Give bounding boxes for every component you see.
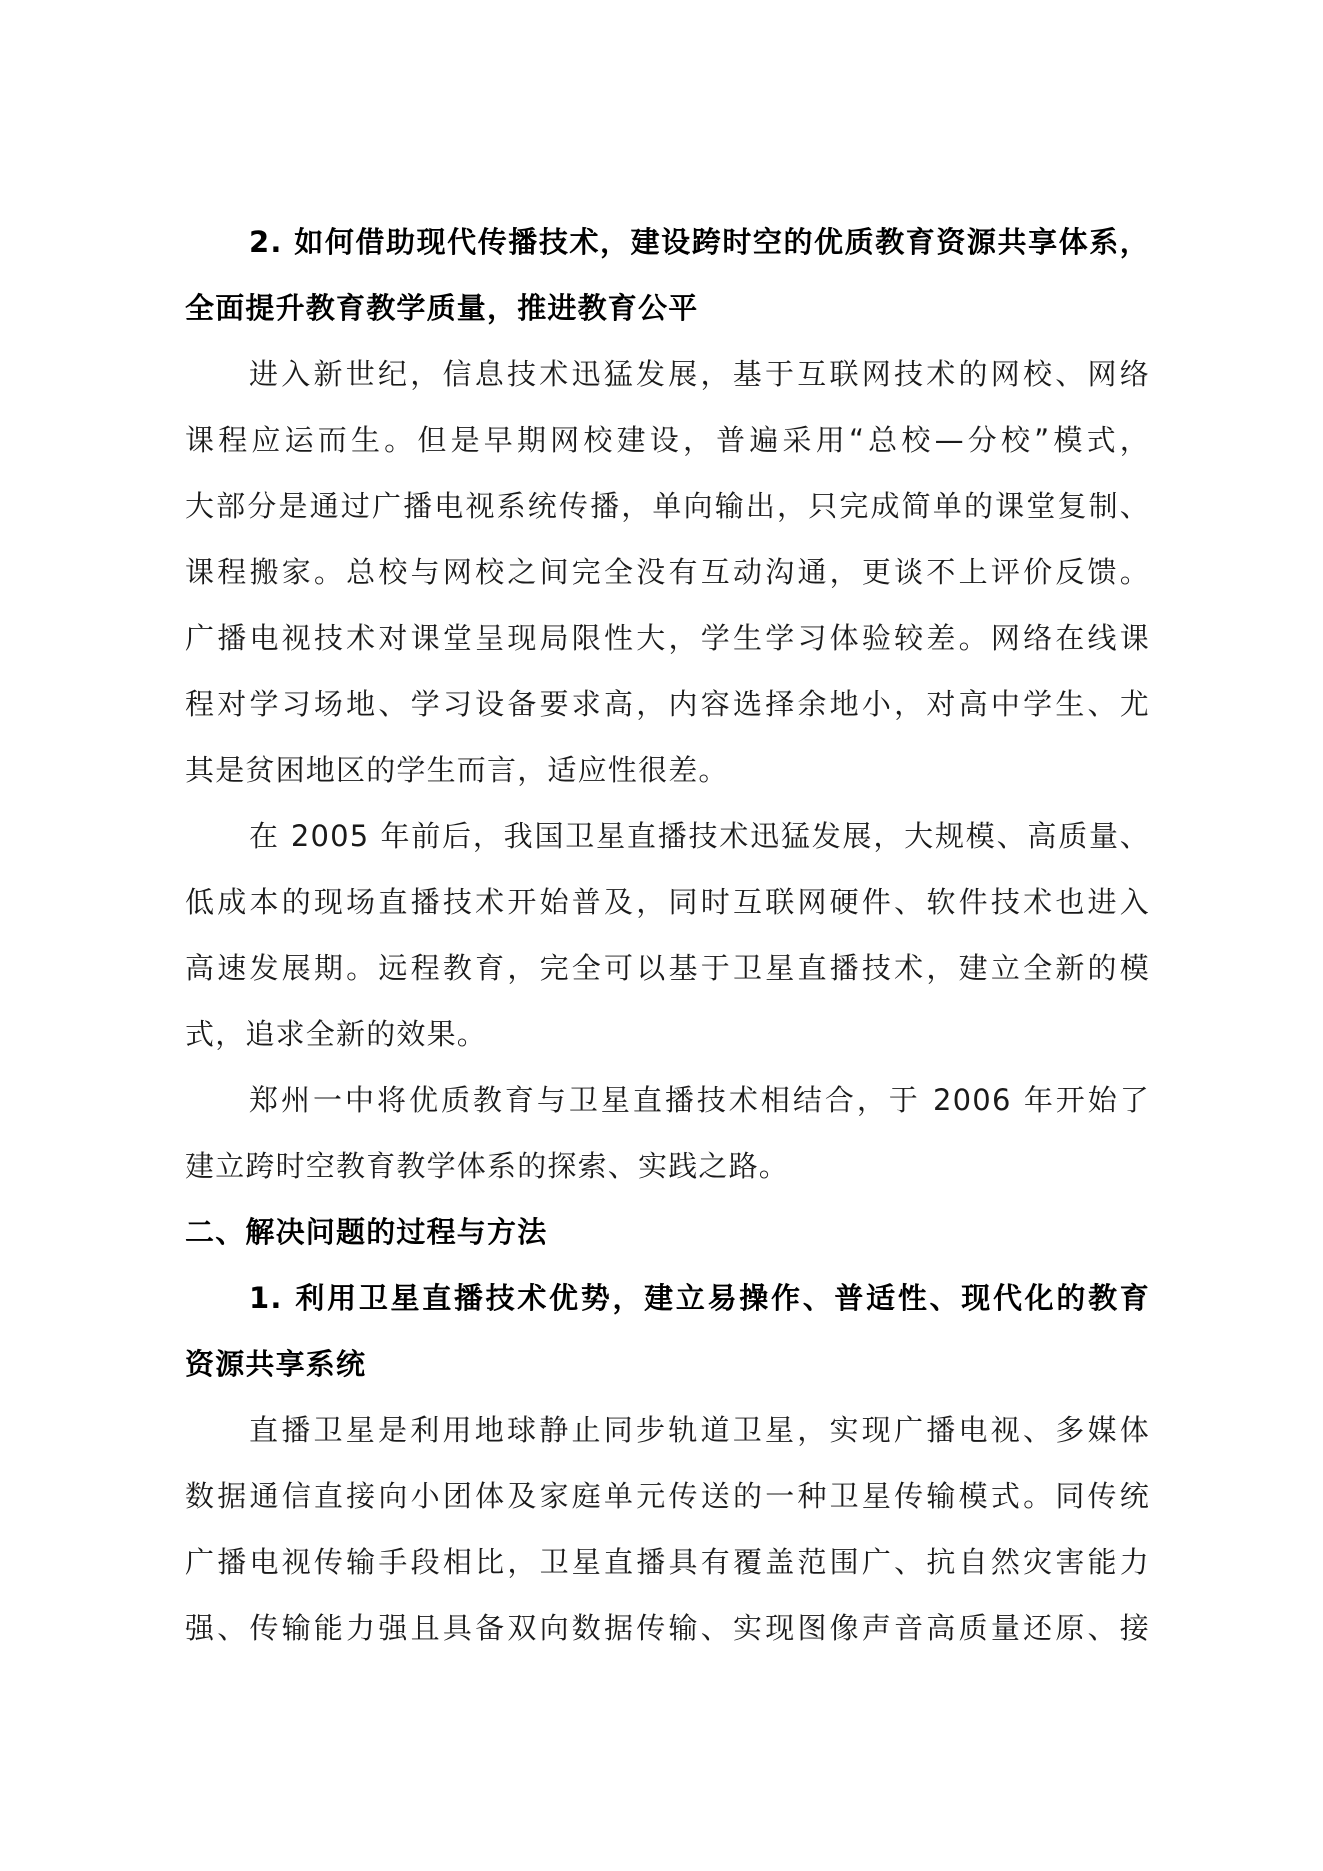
- paragraph-line: 强、传输能力强且具备双向数据传输、实现图像声音高质量还原、接: [185, 1608, 1150, 1648]
- paragraph-line: 低成本的现场直播技术开始普及，同时互联网硬件、软件技术也进入: [185, 882, 1150, 922]
- paragraph-line: 建立跨时空教育教学体系的探索、实践之路。: [185, 1146, 1150, 1186]
- paragraph-line: 直播卫星是利用地球静止同步轨道卫星，实现广播电视、多媒体: [249, 1410, 1150, 1450]
- paragraph-line: 数据通信直接向小团体及家庭单元传送的一种卫星传输模式。同传统: [185, 1476, 1150, 1516]
- document-page: 2. 如何借助现代传播技术，建设跨时空的优质教育资源共享体系， 全面提升教育教学…: [0, 0, 1323, 1871]
- subheading-line: 资源共享系统: [185, 1344, 1150, 1384]
- paragraph-line: 大部分是通过广播电视系统传播，单向输出，只完成简单的课堂复制、: [185, 486, 1150, 526]
- paragraph-line: 在 2005 年前后，我国卫星直播技术迅猛发展，大规模、高质量、: [249, 816, 1150, 856]
- subheading-line: 1. 利用卫星直播技术优势，建立易操作、普适性、现代化的教育: [249, 1278, 1150, 1318]
- paragraph-line: 进入新世纪，信息技术迅猛发展，基于互联网技术的网校、网络: [249, 354, 1150, 394]
- paragraph-line: 高速发展期。远程教育，完全可以基于卫星直播技术，建立全新的模: [185, 948, 1150, 988]
- paragraph-line: 广播电视技术对课堂呈现局限性大，学生学习体验较差。网络在线课: [185, 618, 1150, 658]
- paragraph-line: 程对学习场地、学习设备要求高，内容选择余地小，对高中学生、尤: [185, 684, 1150, 724]
- paragraph-line: 其是贫困地区的学生而言，适应性很差。: [185, 750, 1150, 790]
- subheading-line: 全面提升教育教学质量，推进教育公平: [185, 288, 1150, 328]
- paragraph-line: 广播电视传输手段相比，卫星直播具有覆盖范围广、抗自然灾害能力: [185, 1542, 1150, 1582]
- paragraph-line: 郑州一中将优质教育与卫星直播技术相结合，于 2006 年开始了: [249, 1080, 1150, 1120]
- paragraph-line: 式，追求全新的效果。: [185, 1014, 1150, 1054]
- paragraph-line: 课程搬家。总校与网校之间完全没有互动沟通，更谈不上评价反馈。: [185, 552, 1150, 592]
- paragraph-line: 课程应运而生。但是早期网校建设，普遍采用“总校—分校”模式，: [185, 420, 1150, 460]
- subheading-line: 2. 如何借助现代传播技术，建设跨时空的优质教育资源共享体系，: [249, 222, 1150, 262]
- section-title: 二、解决问题的过程与方法: [185, 1212, 1150, 1252]
